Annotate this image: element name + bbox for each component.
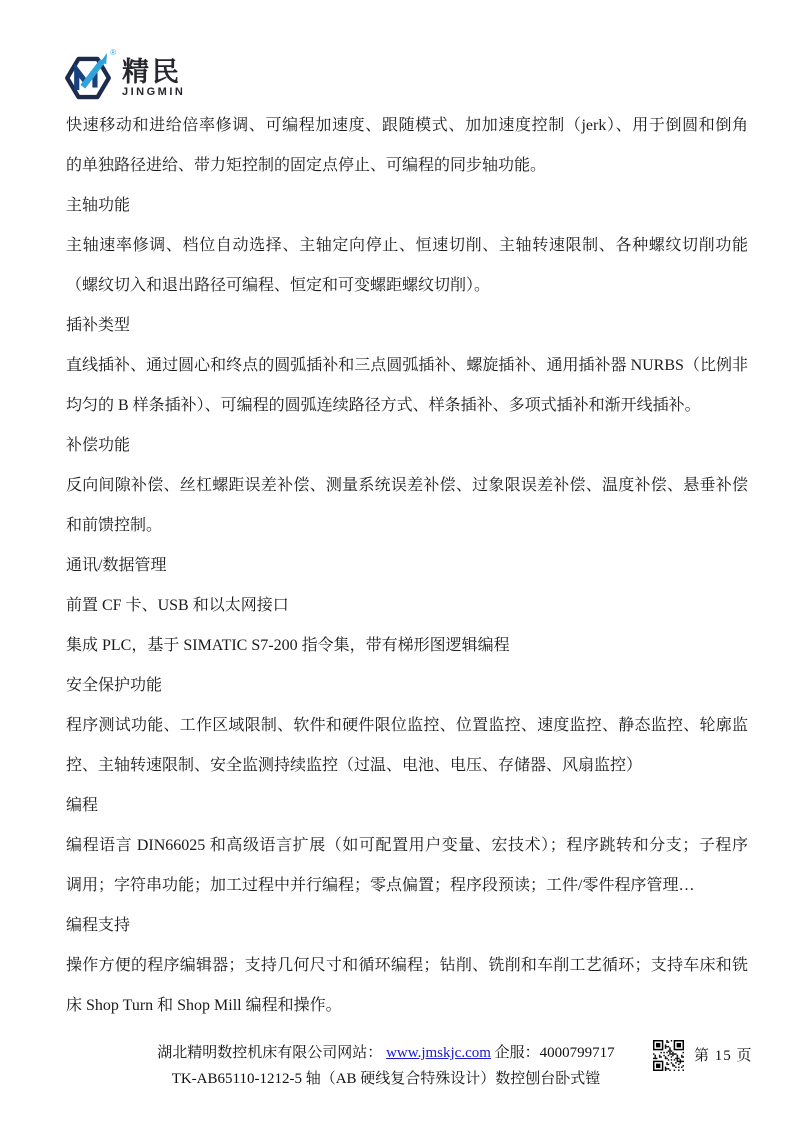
hexagon-m-check-icon: ® [62,50,114,106]
body-line: 主轴速率修调、档位自动选择、主轴定向停止、恒速切削、主轴转速限制、各种螺纹切削功… [66,226,748,266]
section-heading: 安全保护功能 [66,666,748,706]
section-heading: 编程支持 [66,906,748,946]
body-line: 程序测试功能、工作区域限制、软件和硬件限位监控、位置监控、速度监控、静态监控、轮… [66,706,748,746]
registered-mark: ® [110,48,116,57]
body-line: 调用；字符串功能；加工过程中并行编程；零点偏置；程序段预读；工件/零件程序管理… [66,866,748,906]
section-heading: 补偿功能 [66,426,748,466]
company-logo: ® 精民 JINGMIN [62,50,185,106]
body-line: 和前馈控制。 [66,506,748,546]
section-heading: 通讯/数据管理 [66,546,748,586]
document-body: 快速移动和进给倍率修调、可编程加速度、跟随模式、加加速度控制（jerk）、用于倒… [66,106,748,1026]
body-line: 反向间隙补偿、丝杠螺距误差补偿、测量系统误差补偿、过象限误差补偿、温度补偿、悬垂… [66,466,748,506]
footer-company-line: 湖北精明数控机床有限公司网站： www.jmskjc.com 企服：400079… [66,1040,706,1066]
footer-model-line: TK-AB65110-1212-5 轴（AB 硬线复合特殊设计）数控刨台卧式镗 [66,1066,706,1092]
brand-name-en: JINGMIN [122,86,185,99]
brand-name-cn: 精民 [122,58,185,86]
website-link[interactable]: www.jmskjc.com [386,1045,491,1061]
body-line: 快速移动和进给倍率修调、可编程加速度、跟随模式、加加速度控制（jerk）、用于倒… [66,106,748,146]
page-footer: 湖北精明数控机床有限公司网站： www.jmskjc.com 企服：400079… [66,1040,706,1092]
body-line: 前置 CF 卡、USB 和以太网接口 [66,586,748,626]
body-line: 控、主轴转速限制、安全监测持续监控（过温、电池、电压、存储器、风扇监控） [66,746,748,786]
footer-service-phone: 企服：4000799717 [495,1045,615,1061]
body-line: （螺纹切入和退出路径可编程、恒定和可变螺距螺纹切削）。 [66,266,748,306]
page-number: 第 15 页 [694,1044,753,1065]
body-line: 直线插补、通过圆心和终点的圆弧插补和三点圆弧插补、螺旋插补、通用插补器 NURB… [66,346,748,386]
section-heading: 主轴功能 [66,186,748,226]
body-line: 均匀的 B 样条插补）、可编程的圆弧连续路径方式、样条插补、多项式插补和渐开线插… [66,386,748,426]
body-line: 的单独路径进给、带力矩控制的固定点停止、可编程的同步轴功能。 [66,146,748,186]
body-line: 集成 PLC，基于 SIMATIC S7-200 指令集，带有梯形图逻辑编程 [66,626,748,666]
body-line: 编程语言 DIN66025 和高级语言扩展（如可配置用户变量、宏技术）；程序跳转… [66,826,748,866]
footer-site-prefix: 湖北精明数控机床有限公司网站： [157,1045,382,1061]
section-heading: 编程 [66,786,748,826]
section-heading: 插补类型 [66,306,748,346]
body-line: 床 Shop Turn 和 Shop Mill 编程和操作。 [66,986,748,1026]
body-line: 操作方便的程序编辑器；支持几何尺寸和循环编程；钻削、铣削和车削工艺循环；支持车床… [66,946,748,986]
qr-code [653,1040,684,1071]
